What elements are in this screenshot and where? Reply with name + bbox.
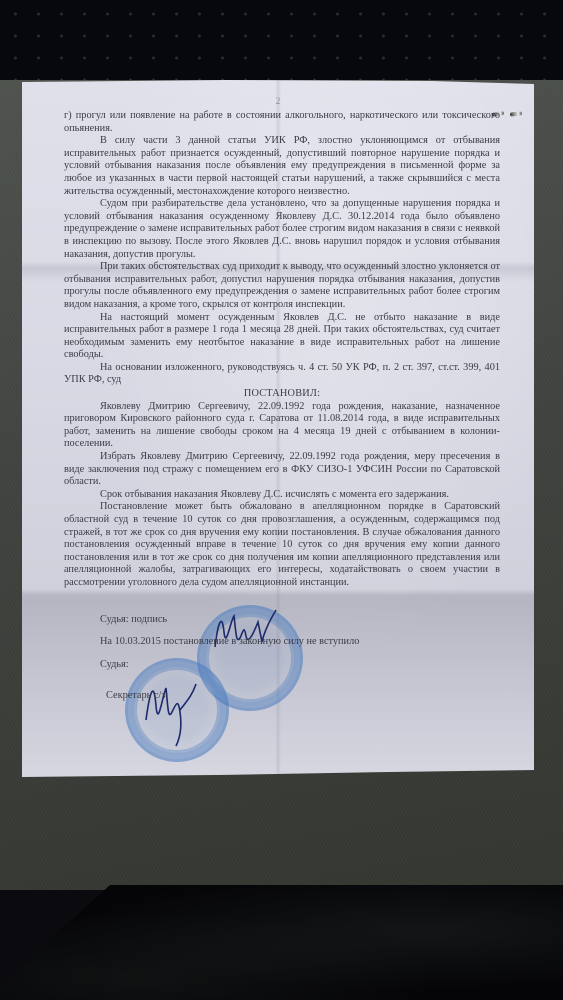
judge-signed-line: Судья: подпись <box>100 614 167 625</box>
signature-upper-icon <box>210 602 280 662</box>
judge-line: Судья: <box>100 659 129 670</box>
signature-lower-icon <box>140 670 200 750</box>
dark-foreground-object <box>0 885 563 1000</box>
effective-date-note: На 10.03.2015 постановление в законную с… <box>100 636 359 647</box>
perforated-background <box>0 0 563 90</box>
signature-block: Судья: подпись На 10.03.2015 постановлен… <box>22 80 534 777</box>
court-ruling-page: 2 г) прогул или появление на работе в со… <box>22 80 534 777</box>
secretary-line: Секретарь с/з: <box>106 690 168 701</box>
